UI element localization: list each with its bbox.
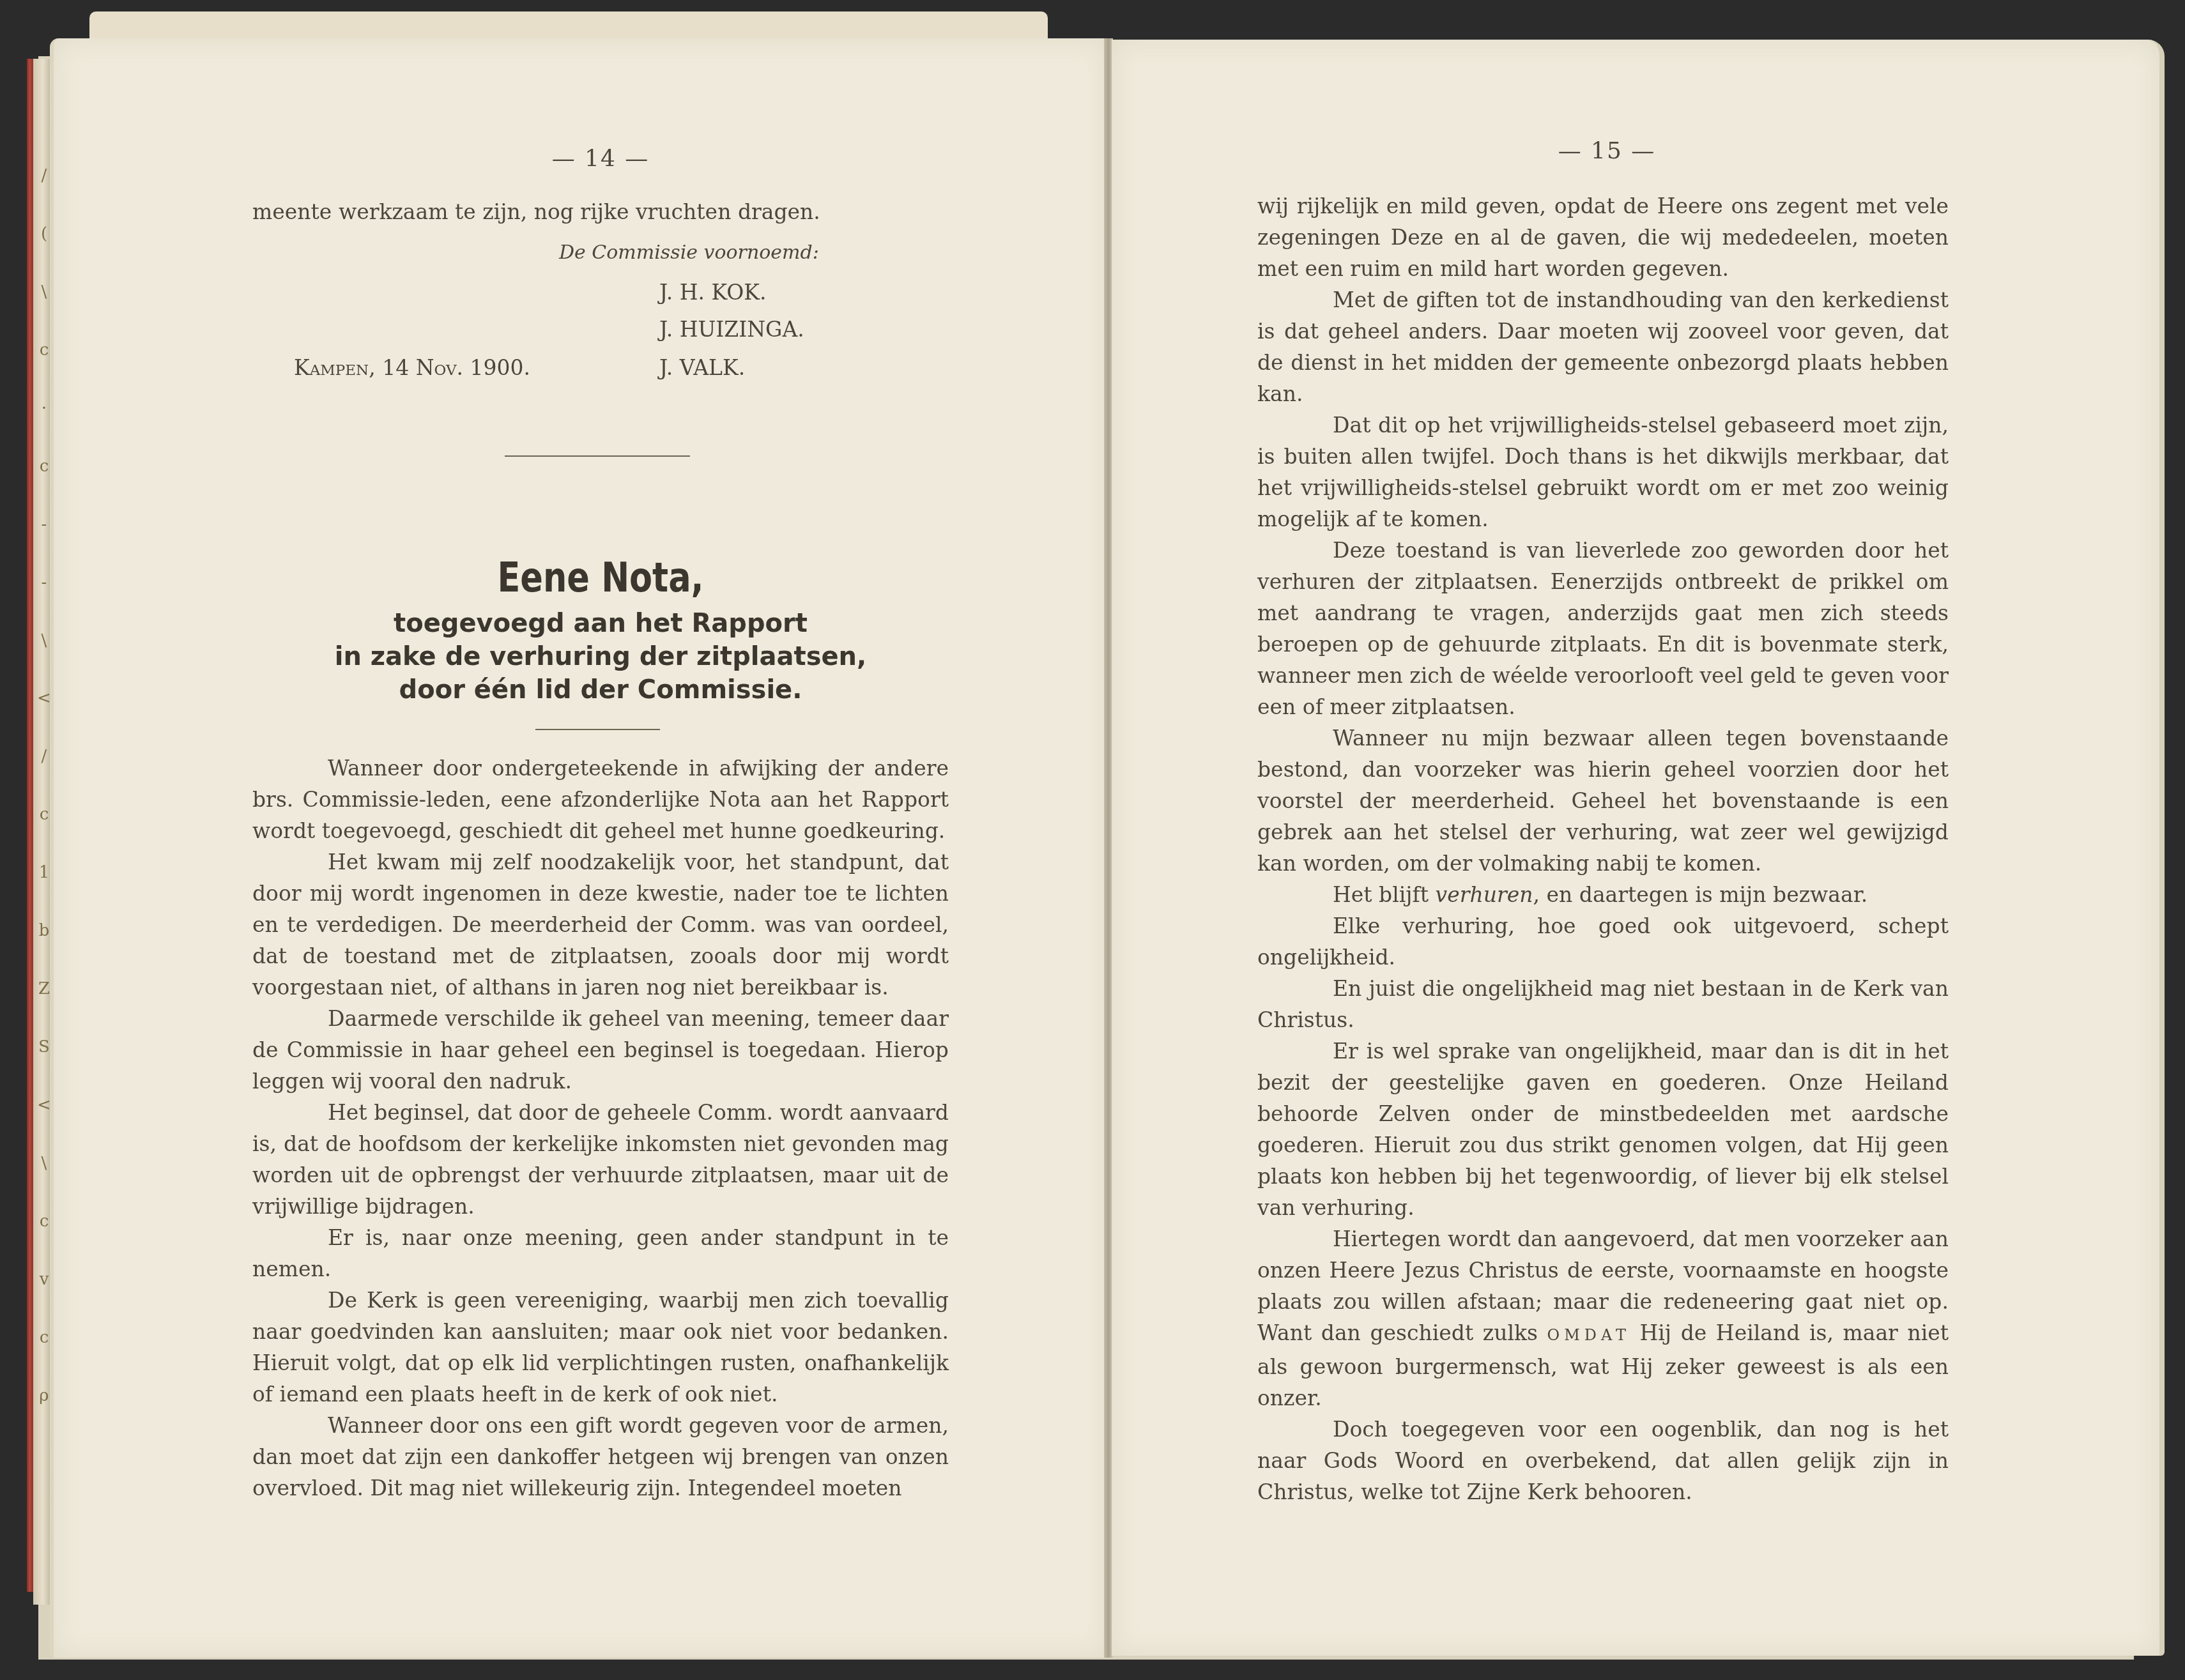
edge-mark: \ bbox=[42, 631, 47, 650]
paragraph: Het kwam mij zelf noodzakelijk voor, het… bbox=[252, 846, 949, 1003]
emphasis-omdat: OMDAT bbox=[1547, 1326, 1630, 1344]
section-divider-bottom bbox=[535, 729, 660, 730]
edge-mark: · bbox=[42, 399, 47, 418]
subtitle-line: door één lid der Commissie. bbox=[243, 673, 958, 706]
page-number-left: — 14 — bbox=[537, 146, 664, 172]
subtitle-line: in zake de verhuring der zitplaatsen, bbox=[243, 640, 958, 673]
red-cover-edge bbox=[27, 59, 33, 1592]
paragraph: wij rijkelijk en mild geven, opdat de He… bbox=[1257, 190, 1949, 284]
emphasis-verhuren: verhuren bbox=[1436, 882, 1533, 907]
paragraph: Wanneer door ondergeteekende in afwijkin… bbox=[252, 752, 949, 846]
edge-mark: \ bbox=[42, 282, 47, 302]
edge-mark: / bbox=[42, 166, 47, 185]
paragraph: Wanneer door ons een gift wordt gegeven … bbox=[252, 1410, 949, 1504]
edge-mark: ( bbox=[41, 224, 47, 243]
signatory-3: J. VALK. bbox=[659, 355, 745, 380]
edge-mark: \ bbox=[42, 1154, 47, 1173]
edge-mark: b bbox=[39, 921, 50, 940]
subtitle-line: toegevoegd aan het Rapport bbox=[243, 607, 958, 640]
nota-subtitle: toegevoegd aan het Rapport in zake de ve… bbox=[243, 607, 958, 706]
paragraph: Daarmede verschilde ik geheel van meenin… bbox=[252, 1003, 949, 1097]
paragraph: Wanneer nu mijn bezwaar alleen tegen bov… bbox=[1257, 722, 1949, 879]
paragraph: De Kerk is geen vereeniging, waarbij men… bbox=[252, 1285, 949, 1410]
paragraph: Het beginsel, dat door de geheele Comm. … bbox=[252, 1097, 949, 1222]
edge-mark: c bbox=[40, 340, 49, 360]
place-date: Kampen, 14 Nov. 1900. bbox=[294, 355, 530, 380]
edge-mark: - bbox=[42, 573, 47, 592]
nota-title: Eene Nota, bbox=[307, 554, 894, 602]
edge-mark: < bbox=[37, 1096, 51, 1115]
paragraph: Deze toestand is van lieverlede zoo gewo… bbox=[1257, 535, 1949, 722]
text-run: Het blijft bbox=[1333, 882, 1436, 907]
paragraph: Er is wel sprake van ongelijkheid, maar … bbox=[1257, 1035, 1949, 1223]
edge-mark: c bbox=[40, 805, 49, 824]
paragraph: Het blijft verhuren, en daartegen is mij… bbox=[1257, 879, 1949, 910]
right-body-text: wij rijkelijk en mild geven, opdat de He… bbox=[1257, 190, 1949, 1508]
paragraph: Elke verhuring, hoe goed ook uitgevoerd,… bbox=[1257, 910, 1949, 973]
paragraph: En juist die ongelijkheid mag niet besta… bbox=[1257, 973, 1949, 1035]
edge-mark: c bbox=[40, 1328, 49, 1347]
paragraph: Hiertegen wordt dan aangevoerd, dat men … bbox=[1257, 1223, 1949, 1414]
paragraph: Doch toegegeven voor een oogenblik, dan … bbox=[1257, 1414, 1949, 1508]
paragraph: Er is, naar onze meening, geen ander sta… bbox=[252, 1222, 949, 1285]
opening-line: meente werkzaam te zijn, nog rijke vruch… bbox=[252, 199, 820, 224]
edge-mark: 1 bbox=[39, 863, 50, 882]
closing-formula: De Commissie voornoemd: bbox=[559, 241, 819, 264]
signatory-1: J. H. KOK. bbox=[659, 280, 766, 305]
text-run: , en daartegen is mijn bezwaar. bbox=[1533, 882, 1868, 907]
edge-mark: / bbox=[42, 747, 47, 766]
edge-mark: c bbox=[40, 1212, 49, 1231]
edge-mark: ρ bbox=[39, 1386, 49, 1405]
edge-mark: - bbox=[42, 515, 47, 534]
left-body-text: Wanneer door ondergeteekende in afwijkin… bbox=[252, 752, 949, 1504]
edge-mark: v bbox=[40, 1270, 49, 1289]
paragraph: Met de giften tot de instandhouding van … bbox=[1257, 284, 1949, 409]
edge-mark: c bbox=[40, 457, 49, 476]
section-divider-top bbox=[505, 455, 690, 457]
page-number-right: — 15 — bbox=[1543, 138, 1671, 164]
signatory-2: J. HUIZINGA. bbox=[659, 317, 804, 342]
edge-mark: S bbox=[38, 1037, 50, 1057]
paragraph: Dat dit op het vrijwilligheids-stelsel g… bbox=[1257, 409, 1949, 535]
edge-mark: < bbox=[37, 689, 51, 708]
edge-mark: Z bbox=[38, 979, 50, 998]
